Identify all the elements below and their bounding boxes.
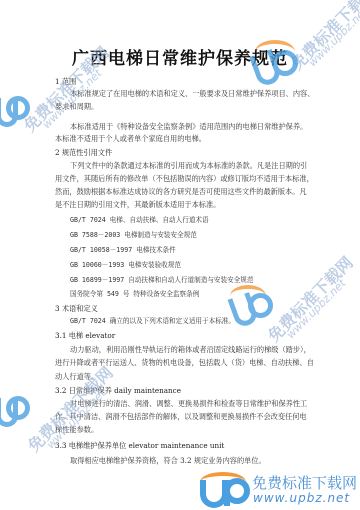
up-logo-icon-midright: [228, 285, 273, 335]
up-logo-icon-bottom: [196, 472, 252, 510]
paragraph-line: 用文件，其随后所有的修改单（不包括勘误的内容）或修订版均不适用于本标准，: [55, 174, 314, 183]
paragraph-line: 是不注日期的引用文件，其最新版本适用于本标准。: [55, 200, 220, 209]
section-heading: 3 术语和定义: [55, 304, 98, 313]
section-heading: 3.1 电梯 elevator: [55, 331, 115, 340]
paragraph-line: 取得相应电梯维护保养资格，符合 3.2 规定业务内容的单位。: [70, 456, 266, 465]
paragraph-line: 本标准适用于《特种设备安全监察条例》适用范围内的电梯日常维护保养。: [70, 122, 307, 131]
section-heading: 2 规范性引用文件: [55, 148, 112, 157]
watermark-url-midright: www.upbz.net: [284, 277, 348, 341]
reference-item: GB 7588－2003 电梯制造与安装安全规范: [70, 231, 197, 240]
up-logo-icon-left: [0, 90, 30, 140]
watermark-cn-midright: 免费标准下载网: [262, 251, 357, 346]
reference-item: GB 10060－1993 电梯安装验收规范: [70, 261, 181, 270]
paragraph-line: 梯性能参数。: [55, 425, 98, 434]
reference-item: GB/T 7024 电梯、自动扶梯、自动人行道术语: [70, 216, 209, 225]
section-heading: 3.3 电梯维护保养单位 elevator maintenance unit: [55, 441, 224, 450]
paragraph-line: 作。其中清洁、润滑不包括部件的解体，以及调整和更换易损件不会改变任何电: [55, 412, 307, 421]
document-page: 广西电梯日常维护保养规范 1 范围本标准规定了在用电梯的术语和定义、一般要求及日…: [0, 0, 360, 510]
reference-item: GB/T 7024 确立的以及下列术语和定义适用于本标准。: [70, 317, 235, 326]
paragraph-line: 对电梯进行的清洁、润滑、调整、更换易损件和检查等日常维护和保养性工: [70, 399, 307, 408]
paragraph-line: 进行升降或者平行运送人、货物的机电设备，包括载人（货）电梯、自动扶梯、自: [55, 358, 314, 367]
paragraph-line: 本标准不适用于个人或者单个家庭自用的电梯。: [55, 134, 206, 143]
paragraph-line: 动人行道等。: [55, 372, 98, 381]
brand-name: 免费标准下载网: [252, 472, 357, 493]
up-logo-icon-leftbottom: [0, 392, 32, 442]
paragraph-line: 本标准规定了在用电梯的术语和定义、一般要求及日常维护保养项目、内容、: [70, 89, 314, 98]
section-heading: 3.2 日常维护保养 daily maintenance: [55, 386, 181, 395]
reference-item: GB 16899－1997 自动扶梯和自动人行道制造与安装安全规范: [70, 276, 253, 285]
brand-url: www.upbz.net: [253, 491, 350, 505]
document-title: 广西电梯日常维护保养规范: [0, 44, 360, 69]
section-heading: 1 范围: [55, 77, 76, 86]
paragraph-line: 然而，鼓励根据本标准达成协议的各方研究是否可使用这些文件的最新版本。凡: [55, 187, 307, 196]
paragraph-line: 下列文件中的条款通过本标准的引用而成为本标准的条款。凡是注日期的引: [70, 161, 307, 170]
reference-item: 国务院令第 549 号 特种设备安全监察条例: [70, 290, 199, 299]
paragraph-line: 动力驱动，利用沿刚性导轨运行的箱体或者沿固定线路运行的梯级（踏步），: [70, 345, 311, 354]
reference-item: GB/T 10058－1997 电梯技术条件: [70, 246, 176, 255]
paragraph-line: 要求和周期。: [55, 102, 98, 111]
